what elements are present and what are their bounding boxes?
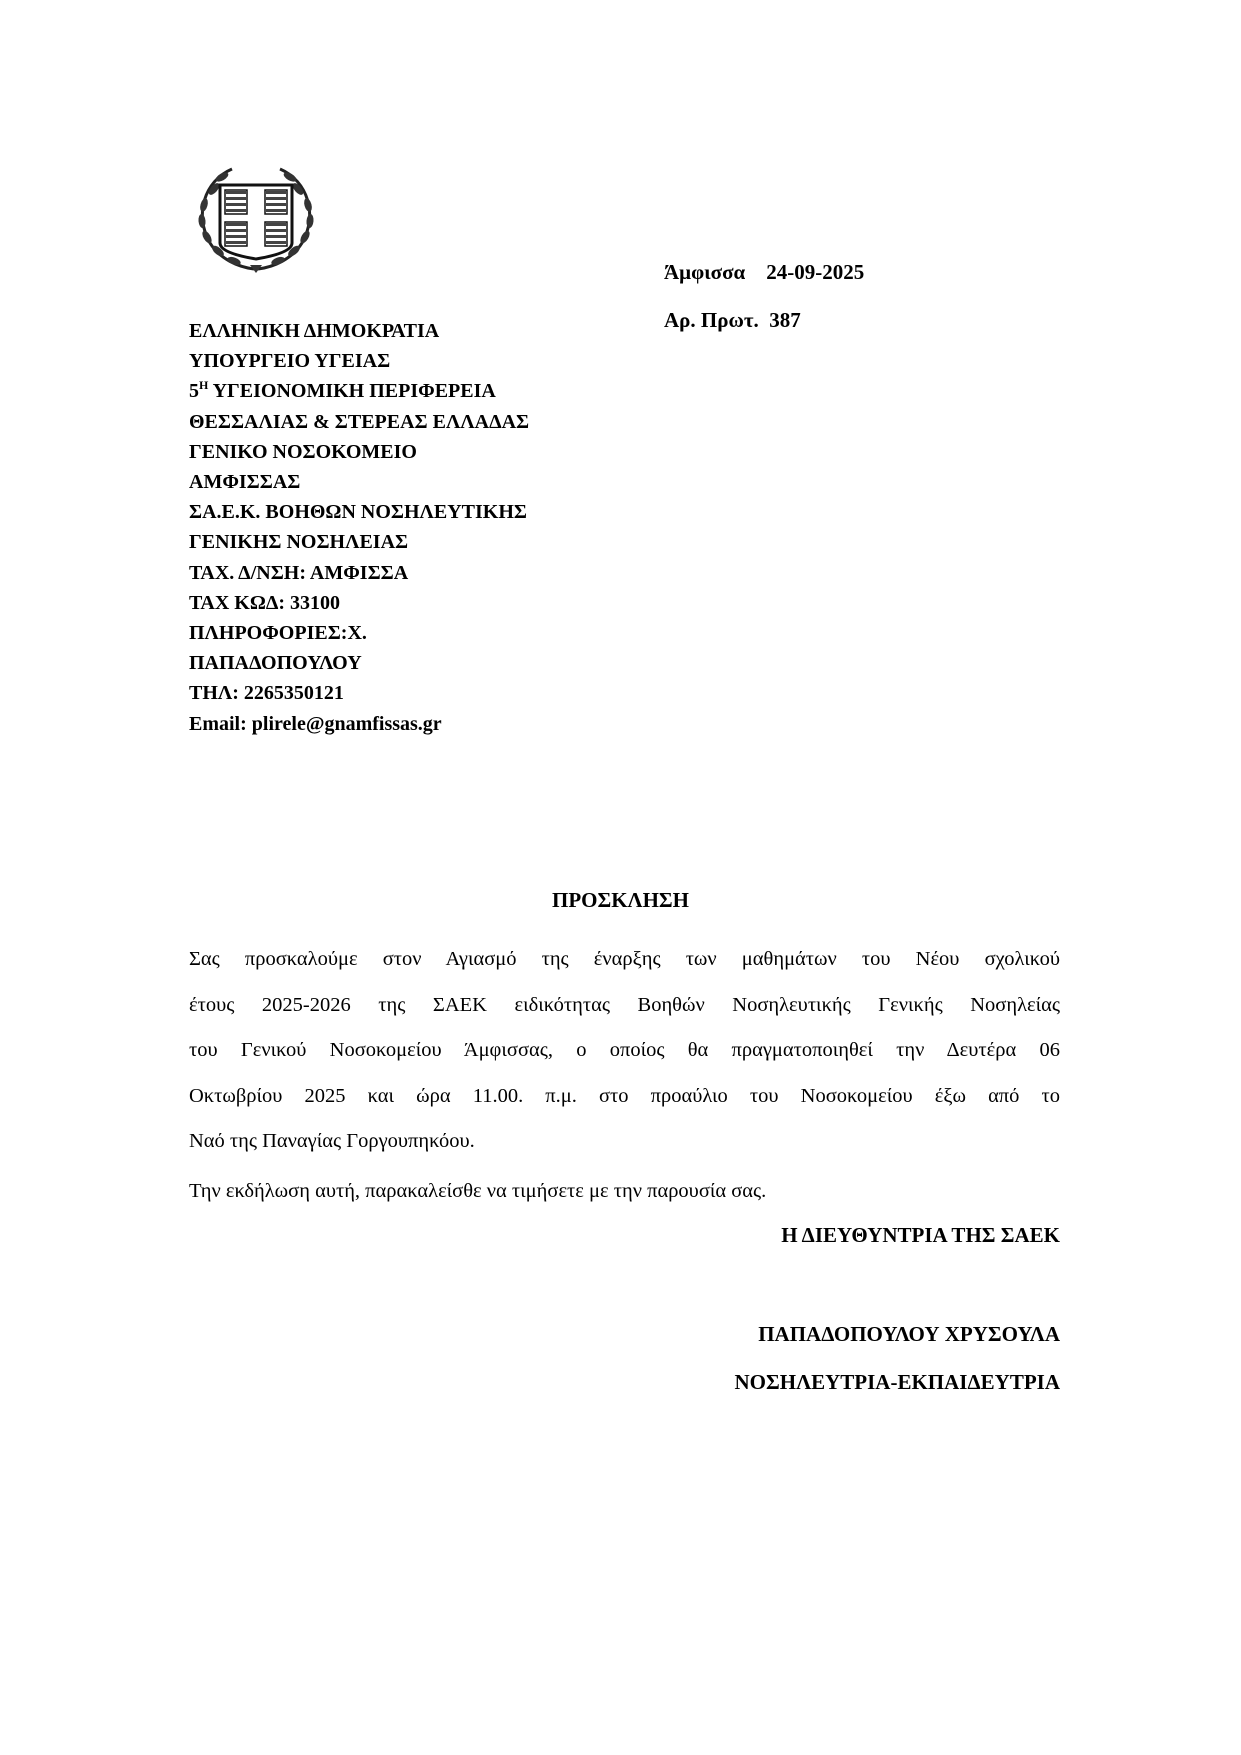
sender-line-region: 5Η ΥΓΕΙΟΝΟΜΙΚΗ ΠΕΡΙΦΕΡΕΙΑ <box>189 376 529 406</box>
invitation-body: Σας προσκαλούμε στον Αγιασμό της έναρξης… <box>189 937 1060 1165</box>
sender-line: ΓΕΝΙΚΗΣ ΝΟΣΗΛΕΙΑΣ <box>189 527 529 557</box>
sender-block: ΕΛΛΗΝΙΚΗ ΔΗΜΟΚΡΑΤΙΑ ΥΠΟΥΡΓΕΙΟ ΥΓΕΙΑΣ 5Η … <box>189 316 529 739</box>
sender-line: ΣΑ.Ε.Κ. ΒΟΗΘΩΝ ΝΟΣΗΛΕΥΤΙΚΗΣ <box>189 497 529 527</box>
document-meta: Άμφισσα 24-09-2025 Αρ. Πρωτ. 387 <box>664 260 864 356</box>
sender-line-email: Email: plirele@gnamfissas.gr <box>189 709 529 739</box>
region-name: ΥΓΕΙΟΝΟΜΙΚΗ ΠΕΡΙΦΕΡΕΙΑ <box>213 380 496 402</box>
date-row: Άμφισσα 24-09-2025 <box>664 260 864 308</box>
protocol-label: Αρ. Πρωτ. <box>664 308 759 332</box>
protocol-number: 387 <box>769 308 801 332</box>
greek-coat-of-arms-icon <box>192 155 320 273</box>
sender-line: ΤΑΧ. Δ/ΝΣΗ: ΑΜΦΙΣΣΑ <box>189 558 529 588</box>
region-number: 5 <box>189 380 199 402</box>
signature-name: ΠΑΠΑΔΟΠΟΥΛΟΥ ΧΡΥΣΟΥΛΑ <box>758 1322 1060 1346</box>
place: Άμφισσα <box>664 260 745 284</box>
closing-sentence: Την εκδήλωση αυτή, παρακαλείσθε να τιμήσ… <box>189 1179 766 1203</box>
sender-line: ΕΛΛΗΝΙΚΗ ΔΗΜΟΚΡΑΤΙΑ <box>189 316 529 346</box>
signature-role: Η ΔΙΕΥΘΥΝΤΡΙΑ ΤΗΣ ΣΑΕΚ <box>781 1223 1060 1247</box>
sender-line-phone: ΤΗΛ: 2265350121 <box>189 678 529 708</box>
protocol-row: Αρ. Πρωτ. 387 <box>664 308 864 356</box>
body-line: έτους 2025-2026 της ΣΑΕΚ ειδικότητας Βοη… <box>189 983 1060 1029</box>
body-line: του Γενικού Νοσοκομείου Άμφισσας, ο οποί… <box>189 1028 1060 1074</box>
sender-line: ΤΑΧ ΚΩΔ: 33100 <box>189 588 529 618</box>
sender-line: ΠΛΗΡΟΦΟΡΙΕΣ:Χ. <box>189 618 529 648</box>
sender-line: ΘΕΣΣΑΛΙΑΣ & ΣΤΕΡΕΑΣ ΕΛΛΑΔΑΣ <box>189 407 529 437</box>
body-line: Σας προσκαλούμε στον Αγιασμό της έναρξης… <box>189 937 1060 983</box>
signature-title: ΝΟΣΗΛΕΥΤΡΙΑ-ΕΚΠΑΙΔΕΥΤΡΙΑ <box>735 1370 1060 1394</box>
sender-line: ΥΠΟΥΡΓΕΙΟ ΥΓΕΙΑΣ <box>189 346 529 376</box>
sender-line: ΓΕΝΙΚΟ ΝΟΣΟΚΟΜΕΙΟ <box>189 437 529 467</box>
sender-line: ΑΜΦΙΣΣΑΣ <box>189 467 529 497</box>
body-line: Οκτωβρίου 2025 και ώρα 11.00. π.μ. στο π… <box>189 1074 1060 1120</box>
document-title: ΠΡΟΣΚΛΗΣΗ <box>0 888 1241 912</box>
region-superscript: Η <box>199 378 208 392</box>
body-line: Ναό της Παναγίας Γοργουπηκόου. <box>189 1119 1060 1165</box>
date: 24-09-2025 <box>766 260 864 284</box>
sender-line: ΠΑΠΑΔΟΠΟΥΛΟΥ <box>189 648 529 678</box>
